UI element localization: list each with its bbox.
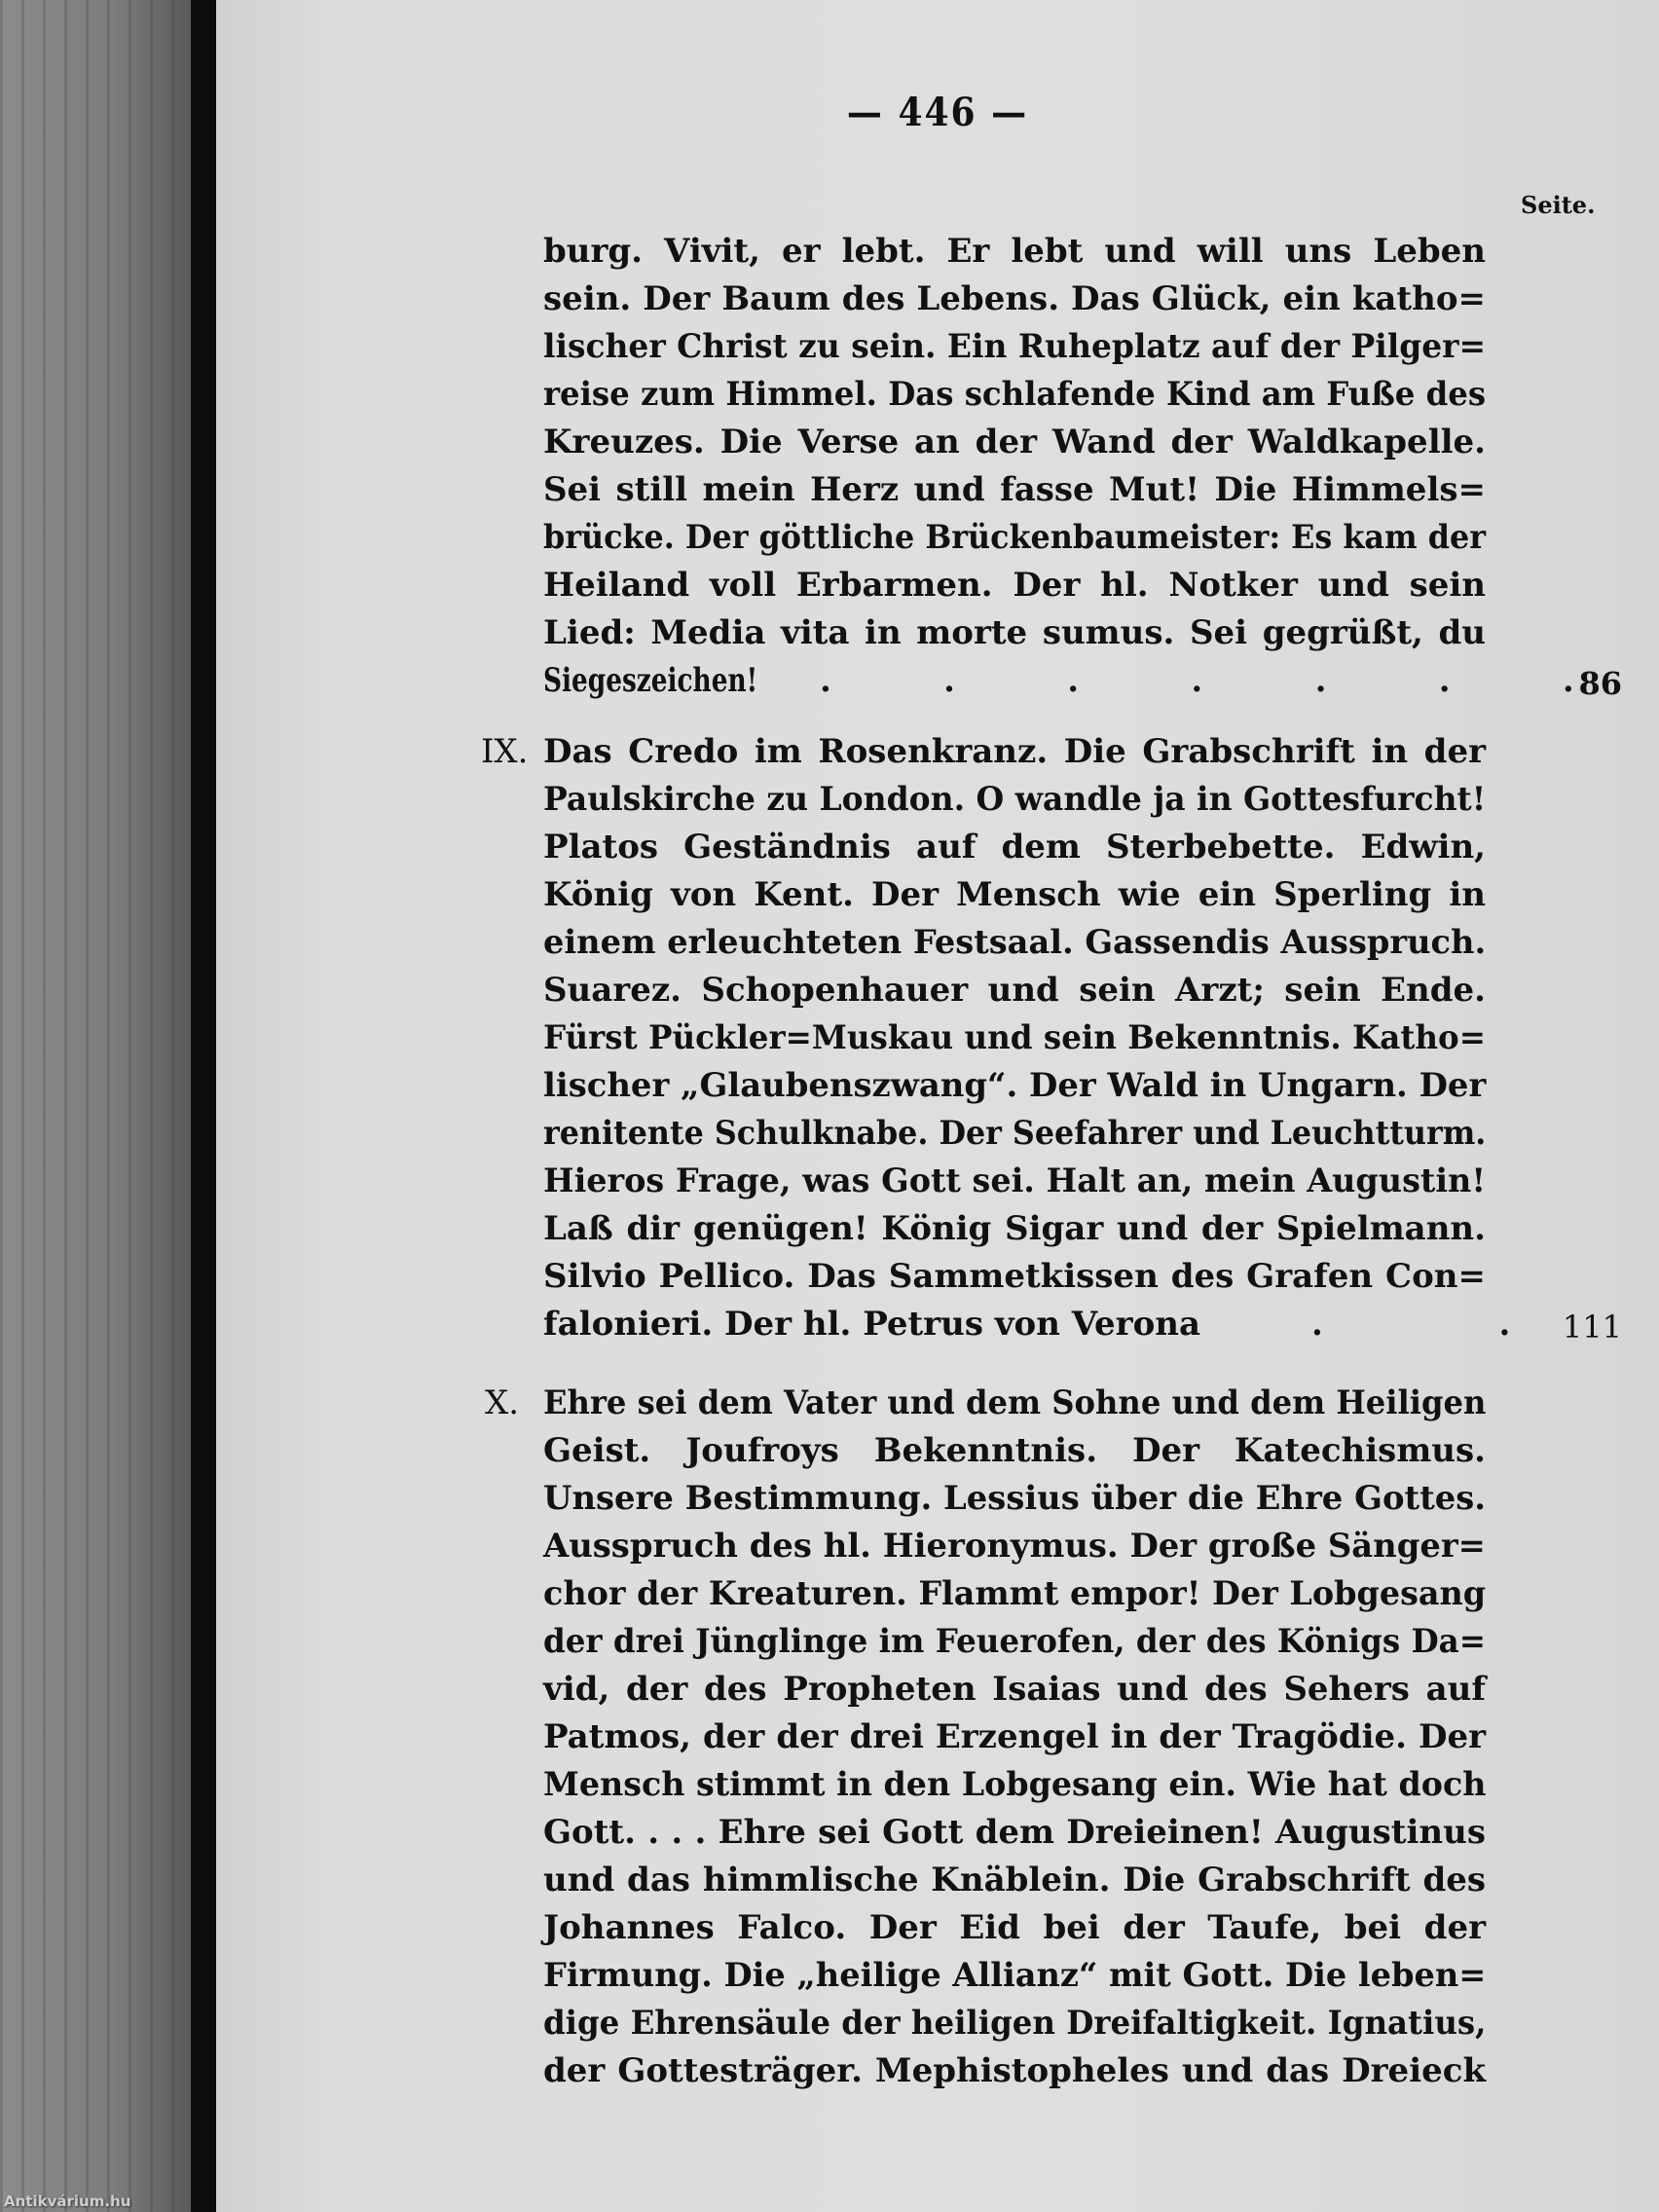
page-reference: 111 [1560, 1306, 1622, 1348]
entry-line: der Gottesträger. Mephistopheles und das… [543, 2049, 1486, 2092]
entry-line: chor der Kreaturen. Flammt empor! Der Lo… [543, 1572, 1486, 1615]
entry-line: burg. Vivit, er lebt. Er lebt und will u… [543, 230, 1486, 273]
page-number: — 446 — [216, 90, 1659, 135]
entry-line: Platos Geständnis auf dem Sterbebette. E… [543, 826, 1486, 868]
entry-line: Fürst Pückler=Muskau und sein Bekenntnis… [543, 1016, 1486, 1059]
entry-line: Ehre sei dem Vater und dem Sohne und dem… [543, 1382, 1486, 1424]
chapter-numeral: IX. [481, 730, 539, 773]
entry-line: Suarez. Schopenhauer und sein Arzt; sein… [543, 969, 1486, 1012]
entry-line: Lied: Media vita in morte sumus. Sei geg… [543, 611, 1486, 654]
chapter-numeral: X. [485, 1382, 543, 1424]
entry-line: und das himmlische Knäblein. Die Grabsch… [543, 1859, 1486, 1901]
entry-line: Kreuzes. Die Verse an der Wand der Waldk… [543, 421, 1486, 463]
book-page: — 446 — Seite. burg. Vivit, er lebt. Er … [216, 0, 1659, 2212]
entry-line: vid, der des Propheten Isaias und des Se… [543, 1668, 1486, 1711]
leader-dots: ........ [820, 659, 1659, 702]
entry-line: sein. Der Baum des Lebens. Das Glück, ei… [543, 277, 1486, 320]
entry-line: dige Ehrensäule der heiligen Dreifaltigk… [543, 2002, 1486, 2045]
page-column-header: Seite. [1521, 191, 1595, 219]
entry-line: Hieros Frage, was Gott sei. Halt an, mei… [543, 1160, 1486, 1202]
entry-line: Gott. . . . Ehre sei Gott dem Dreieinen!… [543, 1811, 1486, 1854]
entry-line: Heiland voll Erbarmen. Der hl. Notker un… [543, 564, 1486, 607]
entry-line: Patmos, der der drei Erzengel in der Tra… [543, 1715, 1486, 1758]
entry-line: Das Credo im Rosenkranz. Die Grabschrift… [543, 730, 1486, 773]
book-cover-edge [0, 0, 191, 2212]
watermark: Antikvárium.hu [4, 2193, 130, 2210]
entry-line: Ausspruch des hl. Hieronymus. Der große … [543, 1525, 1486, 1567]
entry-line: reise zum Himmel. Das schlafende Kind am… [543, 373, 1486, 416]
entry-line: lischer „Glaubenszwang“. Der Wald in Ung… [543, 1064, 1486, 1107]
entry-line: Mensch stimmt in den Lobgesang ein. Wie … [543, 1763, 1486, 1806]
entry-line: Siegeszeichen! [543, 659, 757, 702]
entry-line: brücke. Der göttliche Brückenbaumeister:… [543, 516, 1486, 559]
entry-line: Firmung. Die „heilige Allianz“ mit Gott.… [543, 1954, 1486, 1997]
entry-line: einem erleuchteten Festsaal. Gassendis A… [543, 921, 1486, 964]
entry-line: Sei still mein Herz und fasse Mut! Die H… [543, 468, 1486, 511]
entry-line: Laß dir genügen! König Sigar und der Spi… [543, 1207, 1486, 1250]
entry-line: Geist. Joufroys Bekenntnis. Der Katechis… [543, 1429, 1486, 1472]
book-spine-shadow [191, 0, 216, 2212]
entry-line: Johannes Falco. Der Eid bei der Taufe, b… [543, 1906, 1486, 1949]
entry-line: der drei Jünglinge im Feuerofen, der des… [543, 1620, 1486, 1663]
entry-line: lischer Christ zu sein. Ein Ruheplatz au… [543, 325, 1486, 368]
entry-line: renitente Schulknabe. Der Seefahrer und … [543, 1112, 1486, 1155]
entry-line: falonieri. Der hl. Petrus von Verona [543, 1303, 1225, 1346]
entry-line: Silvio Pellico. Das Sammetkissen des Gra… [543, 1255, 1486, 1298]
entry-line: König von Kent. Der Mensch wie ein Sperl… [543, 873, 1486, 916]
page-reference: 86 [1560, 662, 1622, 705]
entry-line: Unsere Bestimmung. Lessius über die Ehre… [543, 1477, 1486, 1520]
entry-line: Paulskirche zu London. O wandle ja in Go… [543, 778, 1486, 821]
